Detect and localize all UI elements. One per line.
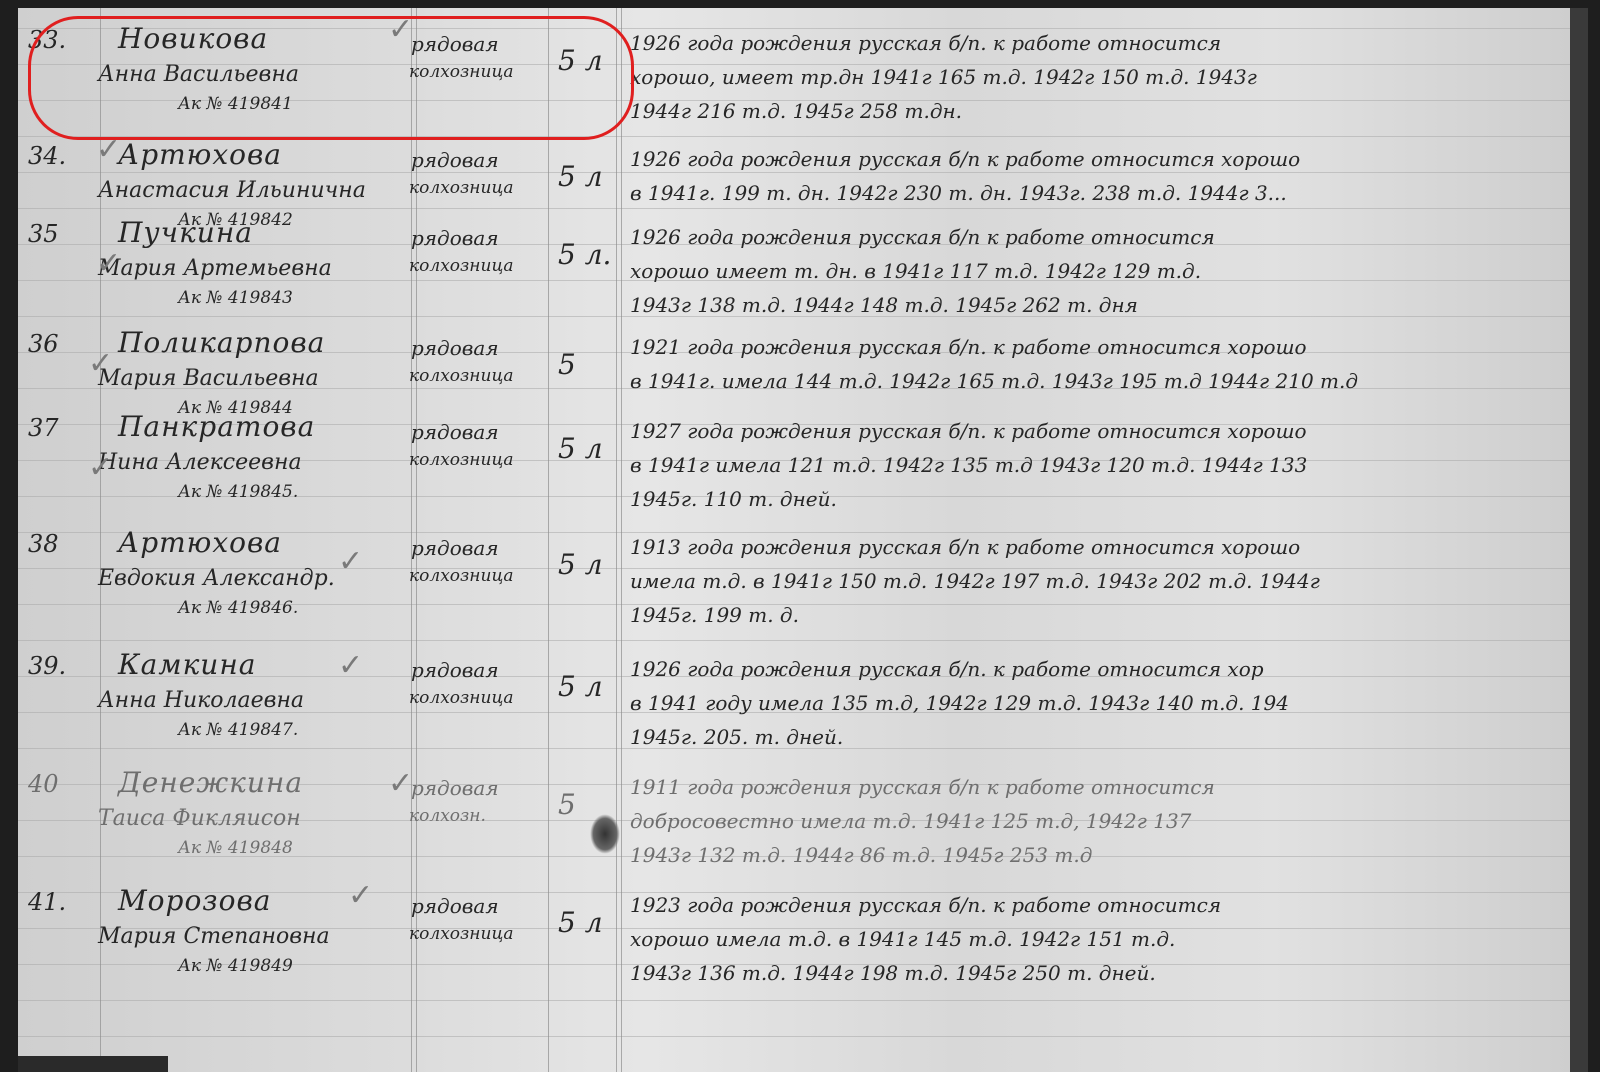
entry-card-number: Ак № 419846. (178, 598, 298, 618)
entry-role-line2: колхозница (409, 256, 513, 276)
entry-surname: Артюхова (118, 526, 282, 559)
entry-description: 1926 года рождения русская б/п к работе … (630, 220, 1580, 322)
entry-given-name: Евдокия Александр. (98, 566, 335, 591)
description-line: 1913 года рождения русская б/п к работе … (630, 530, 1580, 564)
ruled-line (18, 640, 1588, 641)
entry-number: 35 (28, 220, 59, 248)
column-divider (616, 8, 617, 1072)
register-page: 33. Новикова Анна Васильевна Ак № 419841… (18, 8, 1588, 1072)
entry-number: 34. (28, 142, 66, 170)
entry-description: 1927 года рождения русская б/п. к работе… (630, 414, 1580, 516)
description-line: 1943г 138 т.д. 1944г 148 т.д. 1945г 262 … (630, 288, 1580, 322)
entry-role: рядовая (411, 336, 499, 360)
entry-role-line2: колхозница (409, 450, 513, 470)
description-line: 1926 года рождения русская б/п. к работе… (630, 652, 1580, 686)
entry-card-number: Ак № 419849 (178, 956, 293, 976)
description-line: 1943г 132 т.д. 1944г 86 т.д. 1945г 253 т… (630, 838, 1580, 872)
entry-grade: 5 (558, 348, 576, 381)
entry-surname: Артюхова (118, 138, 282, 171)
checkmark-icon: ✓ (338, 544, 363, 579)
entry-role-line2: колхозница (409, 178, 513, 198)
description-line: в 1941г. 199 т. дн. 1942г 230 т. дн. 194… (630, 176, 1580, 210)
description-line: хорошо имела т.д. в 1941г 145 т.д. 1942г… (630, 922, 1580, 956)
entry-role: рядовая (411, 226, 499, 250)
entry-grade: 5 л (558, 160, 603, 193)
entry-role: рядовая (411, 658, 499, 682)
entry-number: 36 (28, 330, 59, 358)
description-line: в 1941г. имела 144 т.д. 1942г 165 т.д. 1… (630, 364, 1580, 398)
checkmark-icon: ✓ (388, 766, 413, 801)
entry-given-name: Мария Васильевна (98, 366, 319, 391)
column-divider (548, 8, 549, 1072)
checkmark-icon: ✓ (88, 450, 113, 485)
description-line: 1926 года рождения русская б/п. к работе… (630, 26, 1580, 60)
entry-card-number: Ак № 419847. (178, 720, 298, 740)
column-divider (100, 8, 101, 1072)
entry-description: 1926 года рождения русская б/п. к работе… (630, 652, 1580, 754)
entry-description: 1913 года рождения русская б/п к работе … (630, 530, 1580, 632)
ink-blot (590, 814, 620, 854)
entry-surname: Поликарпова (118, 326, 325, 359)
description-line: 1944г 216 т.д. 1945г 258 т.дн. (630, 94, 1580, 128)
entry-role-line2: колхозница (409, 688, 513, 708)
entry-role-line2: колхозница (409, 366, 513, 386)
entry-grade: 5 л (558, 670, 603, 703)
entry-card-number: Ак № 419845. (178, 482, 298, 502)
checkmark-icon: ✓ (348, 878, 373, 913)
entry-card-number: Ак № 419848 (178, 838, 293, 858)
entry-given-name: Нина Алексеевна (98, 450, 302, 475)
description-line: 1945г. 199 т. д. (630, 598, 1580, 632)
description-line: 1945г. 110 т. дней. (630, 482, 1580, 516)
entry-description: 1921 года рождения русская б/п. к работе… (630, 330, 1580, 398)
entry-description: 1911 года рождения русская б/п к работе … (630, 770, 1580, 872)
entry-number: 38 (28, 530, 59, 558)
entry-description: 1926 года рождения русская б/п к работе … (630, 142, 1580, 210)
entry-role: рядовая (411, 148, 499, 172)
entry-surname: Камкина (118, 648, 256, 681)
description-line: 1943г 136 т.д. 1944г 198 т.д. 1945г 250 … (630, 956, 1580, 990)
entry-role-line2: колхозница (409, 924, 513, 944)
entry-role: рядовая (411, 894, 499, 918)
entry-grade: 5 л (558, 548, 603, 581)
entry-surname: Морозова (118, 884, 271, 917)
checkmark-icon: ✓ (96, 246, 121, 281)
description-line: имела т.д. в 1941г 150 т.д. 1942г 197 т.… (630, 564, 1580, 598)
checkmark-icon: ✓ (88, 346, 113, 381)
entry-grade: 5 (558, 788, 576, 821)
entry-grade: 5 л (558, 906, 603, 939)
entry-number: 37 (28, 414, 59, 442)
entry-surname: Денежкина (118, 766, 303, 799)
description-line: 1921 года рождения русская б/п. к работе… (630, 330, 1580, 364)
entry-number: 40 (28, 770, 59, 798)
page-edge (18, 1056, 168, 1072)
entry-given-name: Мария Артемьевна (98, 256, 332, 281)
entry-role: рядовая (411, 420, 499, 444)
entry-role: рядовая (411, 776, 499, 800)
description-line: в 1941 году имела 135 т.д, 1942г 129 т.д… (630, 686, 1580, 720)
description-line: хорошо, имеет тр.дн 1941г 165 т.д. 1942г… (630, 60, 1580, 94)
description-line: 1927 года рождения русская б/п. к работе… (630, 414, 1580, 448)
entry-grade: 5 л. (558, 238, 611, 271)
entry-description: 1926 года рождения русская б/п. к работе… (630, 26, 1580, 128)
description-line: 1923 года рождения русская б/п. к работе… (630, 888, 1580, 922)
ruled-line (18, 1036, 1588, 1037)
entry-number: 41. (28, 888, 66, 916)
description-line: в 1941г имела 121 т.д. 1942г 135 т.д 194… (630, 448, 1580, 482)
description-line: хорошо имеет т. дн. в 1941г 117 т.д. 194… (630, 254, 1580, 288)
entry-given-name: Таиса Фикляисон (98, 806, 301, 831)
entry-given-name: Анна Николаевна (98, 688, 304, 713)
entry-role-line2: колхозница (409, 566, 513, 586)
description-line: добросовестно имела т.д. 1941г 125 т.д, … (630, 804, 1580, 838)
entry-number: 39. (28, 652, 66, 680)
checkmark-icon: ✓ (338, 648, 363, 683)
entry-card-number: Ак № 419843 (178, 288, 293, 308)
entry-description: 1923 года рождения русская б/п. к работе… (630, 888, 1580, 990)
entry-given-name: Мария Степановна (98, 924, 330, 949)
entry-grade: 5 л (558, 432, 603, 465)
entry-surname: Панкратова (118, 410, 315, 443)
entry-given-name: Анастасия Ильинична (98, 178, 366, 203)
description-line: 1911 года рождения русская б/п к работе … (630, 770, 1580, 804)
highlight-circle (28, 16, 634, 140)
entry-role-line2: колхозн. (409, 806, 486, 826)
entry-role: рядовая (411, 536, 499, 560)
description-line: 1945г. 205. т. дней. (630, 720, 1580, 754)
ruled-line (18, 1000, 1588, 1001)
description-line: 1926 года рождения русская б/п к работе … (630, 220, 1580, 254)
entry-surname: Пучкина (118, 216, 253, 249)
description-line: 1926 года рождения русская б/п к работе … (630, 142, 1580, 176)
